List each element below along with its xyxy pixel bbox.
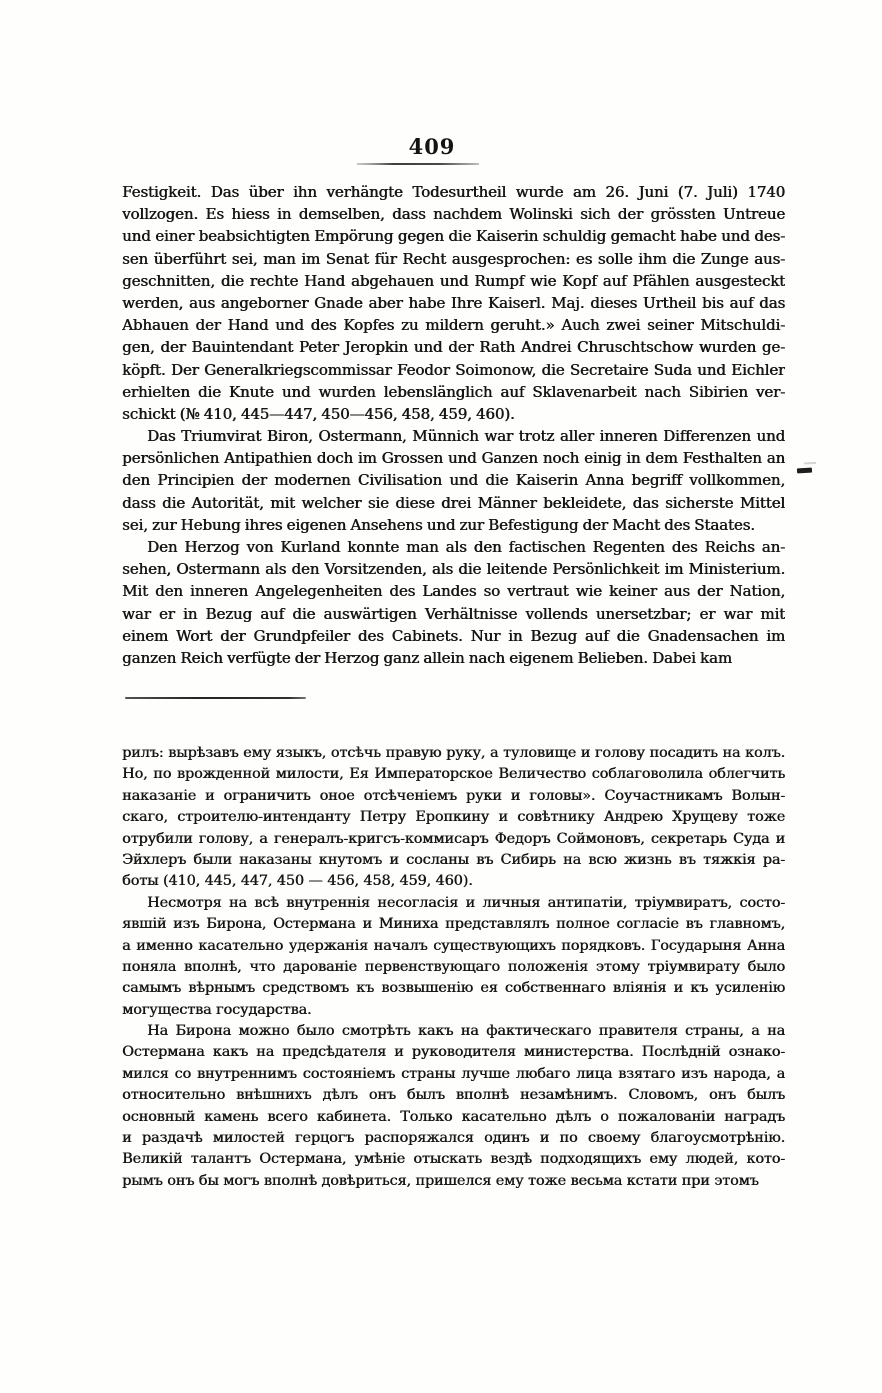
text-line: Эйхлеръ были наказаны кнутомъ и сосланы … bbox=[122, 850, 785, 871]
text-line: а именно касательно удержанія началъ сущ… bbox=[122, 936, 785, 957]
text-line: ganzen Reich verfügte der Herzog ganz al… bbox=[122, 647, 785, 669]
text-line: geschnitten, die rechte Hand abgehauen u… bbox=[122, 270, 785, 292]
text-line: gen, der Bauintendant Peter Jeropkin und… bbox=[122, 336, 785, 358]
text-line: schickt (№ 410, 445—447, 450—456, 458, 4… bbox=[122, 403, 785, 425]
text-line: и раздачѣ милостей герцогъ распоряжался … bbox=[122, 1128, 785, 1149]
text-line: einem Wort der Grundpfeiler des Cabinets… bbox=[122, 625, 785, 647]
text-line: dass die Autorität, mit welcher sie dies… bbox=[122, 492, 785, 514]
text-line: На Бирона можно было смотрѣть какъ на фа… bbox=[122, 1021, 785, 1042]
text-line: могущества государства. bbox=[122, 1000, 785, 1021]
text-line: köpft. Der Generalkriegscommissar Feodor… bbox=[122, 359, 785, 381]
german-text-block: Festigkeit. Das über ihn verhängte Todes… bbox=[122, 181, 785, 669]
page-number-rule bbox=[357, 163, 479, 165]
book-page-scan: 409 Festigkeit. Das über ihn verhängte T… bbox=[0, 0, 882, 1393]
text-line: Остермана какъ на предсѣдателя и руковод… bbox=[122, 1042, 785, 1063]
text-line: war er in Bezug auf die auswärtigen Verh… bbox=[122, 603, 785, 625]
text-line: Но, по врожденной милости, Ея Императорс… bbox=[122, 764, 785, 785]
text-line: vollzogen. Es hiess in demselben, dass n… bbox=[122, 203, 785, 225]
text-line: Das Triumvirat Biron, Ostermann, Münnich… bbox=[122, 425, 785, 447]
text-line: относительно внѣшнихъ дѣлъ онъ былъ впол… bbox=[122, 1085, 785, 1106]
text-line: самымъ вѣрнымъ средствомъ къ возвышенію … bbox=[122, 978, 785, 999]
text-line: рымъ онъ бы могъ вполнѣ довѣриться, приш… bbox=[122, 1171, 785, 1192]
text-line: отрубили голову, а генералъ-кригсъ-комми… bbox=[122, 829, 785, 850]
page-number: 409 bbox=[372, 134, 492, 159]
russian-text-block: рилъ: вырѣзавъ ему языкъ, отсѣчь правую … bbox=[122, 743, 785, 1192]
text-line: Festigkeit. Das über ihn verhängte Todes… bbox=[122, 181, 785, 203]
text-line: Mit den inneren Angelegenheiten des Land… bbox=[122, 580, 785, 602]
text-line: Abhauen der Hand und des Kopfes zu milde… bbox=[122, 314, 785, 336]
text-line: Великій талантъ Остермана, умѣніе отыска… bbox=[122, 1149, 785, 1170]
footnote-separator-rule bbox=[125, 697, 306, 699]
text-line: основный камень всего кабинета. Только к… bbox=[122, 1107, 785, 1128]
text-line: persönlichen Antipathien doch im Grossen… bbox=[122, 447, 785, 469]
text-line: явшій изъ Бирона, Остермана и Миниха пре… bbox=[122, 914, 785, 935]
text-line: und einer beabsichtigten Empörung gegen … bbox=[122, 225, 785, 247]
text-line: Den Herzog von Kurland konnte man als de… bbox=[122, 536, 785, 558]
text-line: sehen, Ostermann als den Vorsitzenden, a… bbox=[122, 558, 785, 580]
text-line: den Principien der modernen Civilisation… bbox=[122, 469, 785, 491]
text-line: erhielten die Knute und wurden lebenslän… bbox=[122, 381, 785, 403]
text-line: Несмотря на всѣ внутреннія несогласія и … bbox=[122, 893, 785, 914]
text-line: рилъ: вырѣзавъ ему языкъ, отсѣчь правую … bbox=[122, 743, 785, 764]
margin-ink-smudge bbox=[797, 468, 812, 474]
text-line: мился со внутреннимъ состояніемъ страны … bbox=[122, 1064, 785, 1085]
text-line: поняла вполнѣ, что дарованіе первенствую… bbox=[122, 957, 785, 978]
text-line: sei, zur Hebung ihres eigenen Ansehens u… bbox=[122, 514, 785, 536]
text-line: наказаніе и ограничить оное отсѣченіемъ … bbox=[122, 786, 785, 807]
text-line: скаго, строителю-интенданту Петру Еропки… bbox=[122, 807, 785, 828]
text-line: werden, aus angeborner Gnade aber habe I… bbox=[122, 292, 785, 314]
text-line: боты (410, 445, 447, 450 — 456, 458, 459… bbox=[122, 871, 785, 892]
text-line: sen überführt sei, man im Senat für Rech… bbox=[122, 248, 785, 270]
